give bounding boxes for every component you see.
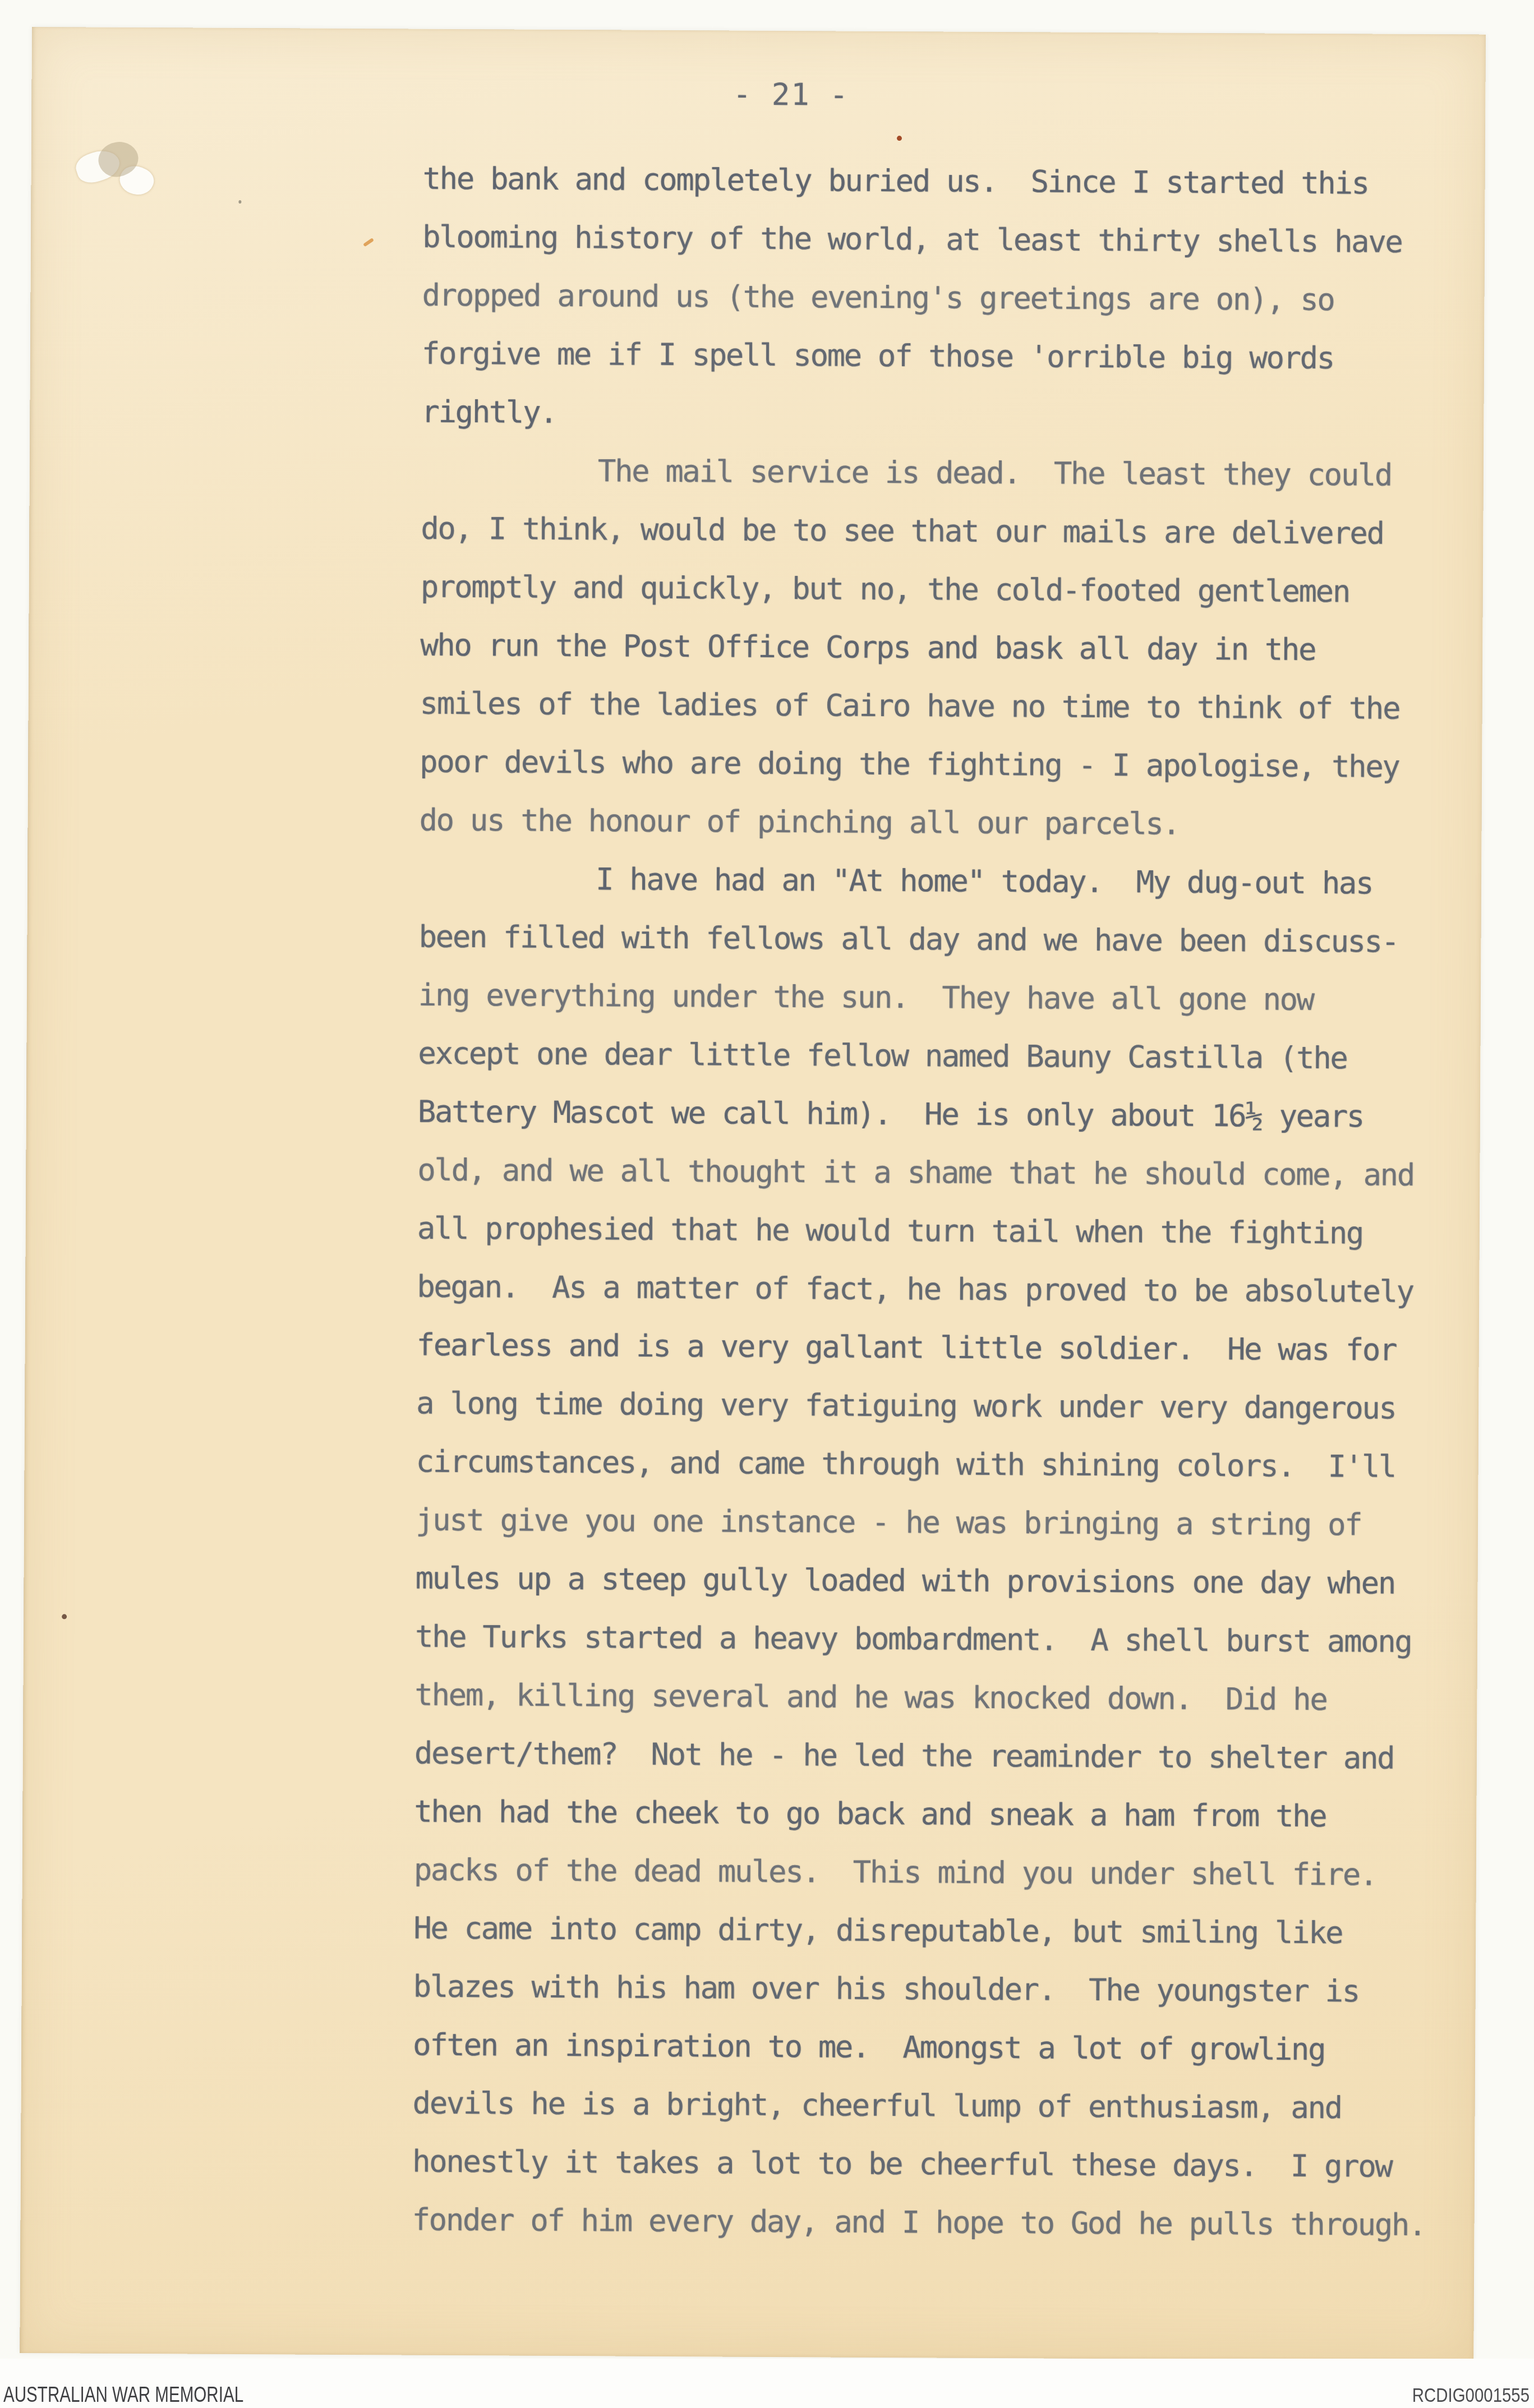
paper-speck — [238, 200, 241, 204]
paper-damage — [76, 137, 177, 199]
text-line: mules up a steep gully loaded with provi… — [415, 1549, 1459, 1613]
archive-name: AUSTRALIAN WAR MEMORIAL — [3, 2382, 243, 2407]
text-line: blazes with his ham over his shoulder. T… — [413, 1958, 1457, 2022]
text-line: been filled with fellows all day and we … — [418, 908, 1462, 972]
text-line: began. As a matter of fact, he has prove… — [417, 1258, 1461, 1322]
paper-fleck — [363, 238, 374, 247]
text-line: The mail service is dead. The least they… — [421, 441, 1465, 505]
footer-bar: AUSTRALIAN WAR MEMORIAL RCDIG0001555 — [0, 2359, 1534, 2408]
text-line: all prophesied that he would turn tail w… — [417, 1200, 1461, 1263]
text-line: who run the Post Office Corps and bask a… — [420, 616, 1464, 680]
scan-root: { "doc": { "page_number": "- 21 -", "par… — [0, 0, 1534, 2408]
margin-dot — [62, 1614, 67, 1619]
text-line: smiles of the ladies of Cairo have no ti… — [420, 675, 1463, 739]
ink-speck — [897, 136, 902, 141]
text-line: forgive me if I spell some of those 'orr… — [422, 325, 1466, 389]
text-line: except one dear little fellow named Baun… — [418, 1025, 1462, 1088]
text-line: ing everything under the sun. They have … — [418, 966, 1462, 1030]
text-line: dropped around us (the evening's greetin… — [422, 266, 1466, 330]
text-line: the Turks started a heavy bombardment. A… — [415, 1608, 1459, 1672]
text-line: a long time doing very fatiguing work un… — [416, 1374, 1460, 1438]
letter-page: - 21 - the bank and completely buried us… — [20, 27, 1486, 2361]
text-line: often an inspiration to me. Amongst a lo… — [413, 2016, 1457, 2080]
text-line: then had the cheek to go back and sneak … — [414, 1783, 1458, 1847]
typed-text-block: the bank and completely buried us. Since… — [412, 150, 1466, 2255]
text-line: just give you one instance - he was brin… — [416, 1491, 1459, 1555]
page-number: - 21 - — [733, 77, 849, 113]
text-line: circumstances, and came through with shi… — [416, 1433, 1459, 1497]
text-line: devils he is a bright, cheerful lump of … — [412, 2074, 1456, 2138]
text-line: fonder of him every day, and I hope to G… — [412, 2191, 1455, 2255]
text-line: do, I think, would be to see that our ma… — [421, 500, 1464, 564]
text-line: He came into camp dirty, disreputable, b… — [413, 1899, 1457, 1963]
text-line: them, killing several and he was knocked… — [414, 1666, 1458, 1730]
text-line: rightly. — [421, 383, 1465, 447]
record-id: RCDIG0001555 — [1412, 2384, 1530, 2407]
text-line: Battery Mascot we call him). He is only … — [418, 1083, 1462, 1147]
text-line: packs of the dead mules. This mind you u… — [414, 1841, 1458, 1905]
text-line: blooming history of the world, at least … — [422, 208, 1466, 272]
text-line: honestly it takes a lot to be cheerful t… — [412, 2133, 1456, 2197]
text-line: do us the honour of pinching all our par… — [419, 791, 1463, 855]
text-line: fearless and is a very gallant little so… — [416, 1316, 1460, 1380]
text-line: old, and we all thought it a shame that … — [417, 1141, 1461, 1205]
text-line: the bank and completely buried us. Since… — [422, 150, 1466, 214]
text-line: promptly and quickly, but no, the cold-f… — [421, 558, 1464, 622]
document-scan: - 21 - the bank and completely buried us… — [0, 0, 1534, 2408]
text-line: poor devils who are doing the fighting -… — [420, 733, 1463, 797]
text-line: desert/them? Not he - he led the reamind… — [414, 1724, 1458, 1788]
text-line: I have had an "At home" today. My dug-ou… — [419, 850, 1463, 914]
